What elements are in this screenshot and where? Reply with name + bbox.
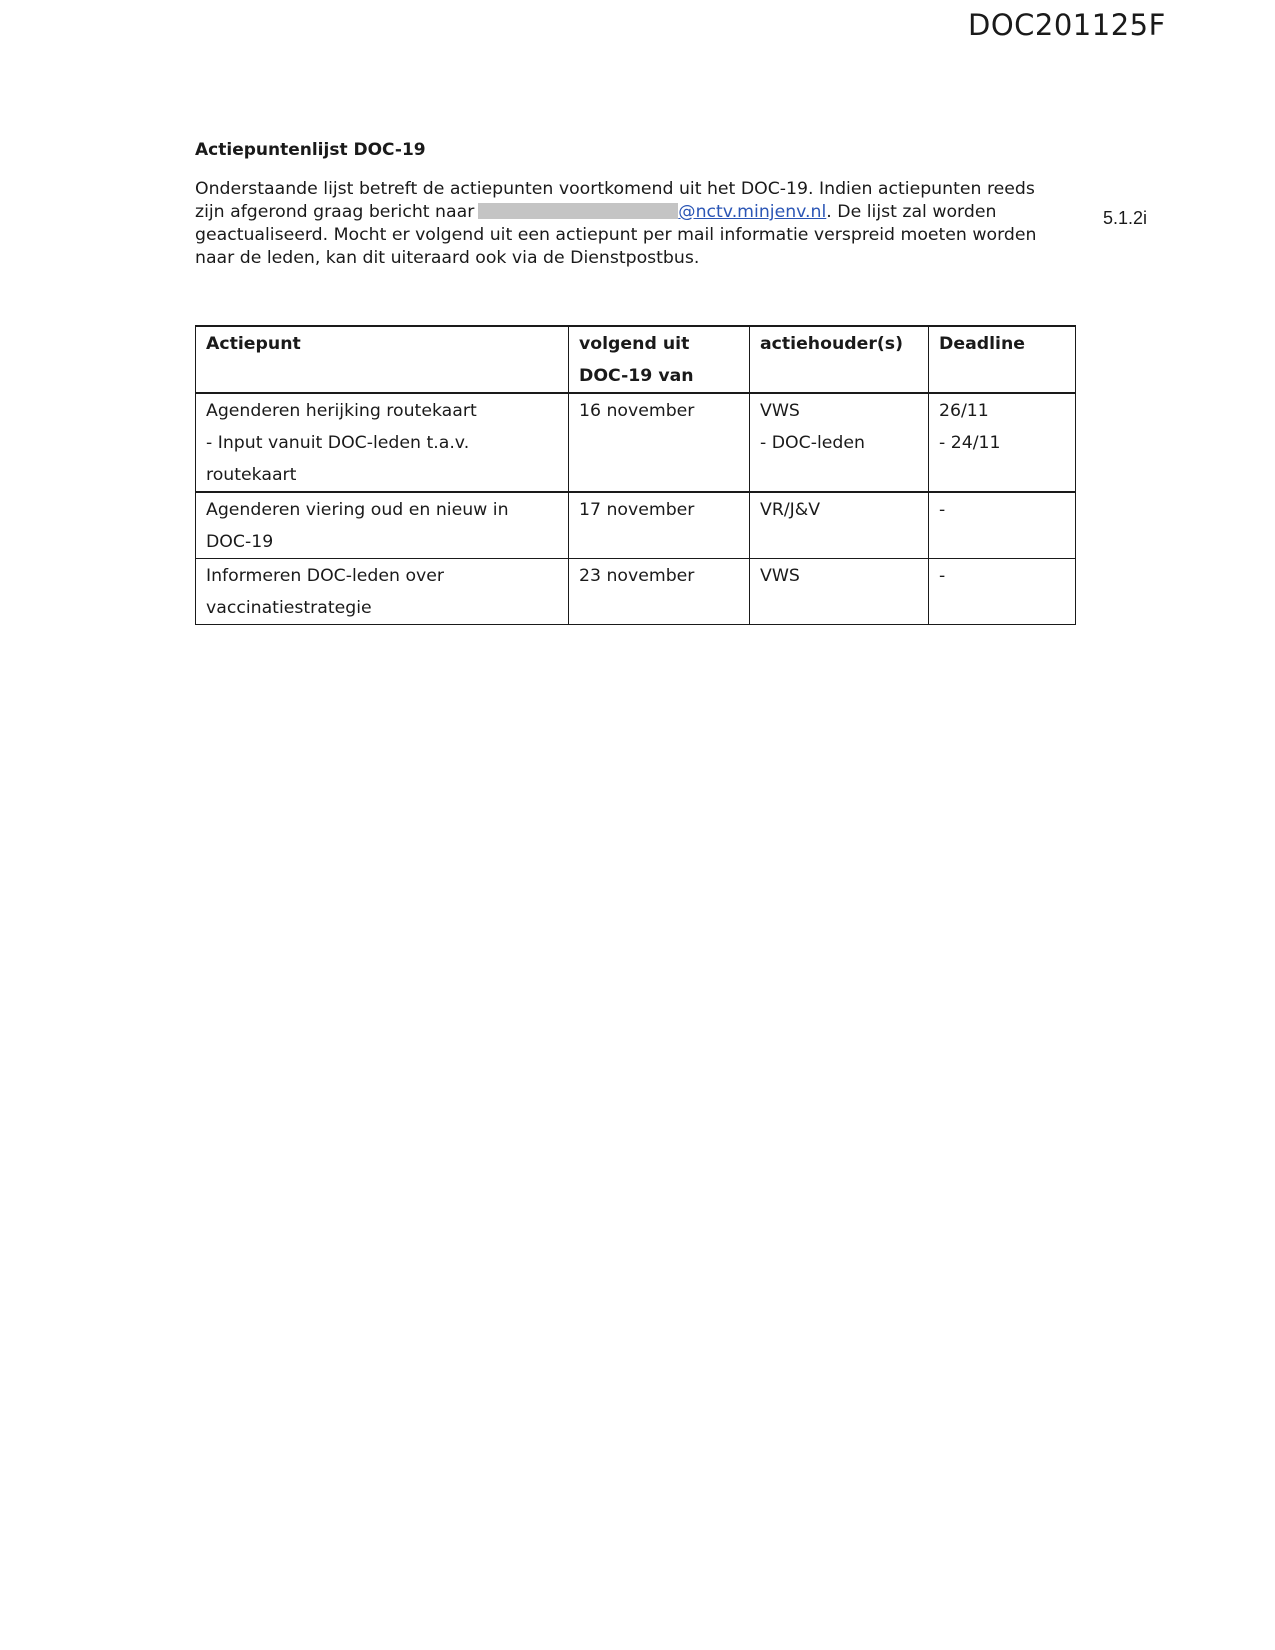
header-actiehouder: actiehouder(s) (750, 326, 929, 393)
cell-volgend: 23 november (569, 559, 750, 625)
cell-volgend: 16 november (569, 393, 750, 492)
header-text: volgend uit (579, 328, 739, 360)
cell-deadline: 26/11 - 24/11 (929, 393, 1076, 492)
cell-deadline: - (929, 559, 1076, 625)
intro-line: zijn afgerond graag bericht naar@nctv.mi… (195, 201, 1075, 224)
cell-actiepunt: Agenderen viering oud en nieuw in DOC-19 (196, 492, 569, 559)
table-row: Agenderen viering oud en nieuw in DOC-19… (196, 492, 1076, 559)
intro-text: . De lijst zal worden (826, 202, 996, 222)
cell-actiehouder: VWS - DOC-leden (750, 393, 929, 492)
cell-text: 26/11 (939, 395, 1065, 427)
cell-text: DOC-19 (206, 526, 558, 558)
table-row: Agenderen herijking routekaart - Input v… (196, 393, 1076, 492)
table-row: Informeren DOC-leden over vaccinatiestra… (196, 559, 1076, 625)
cell-actiepunt: Agenderen herijking routekaart - Input v… (196, 393, 569, 492)
intro-paragraph: Onderstaande lijst betreft de actiepunte… (195, 178, 1075, 270)
redacted-block (478, 203, 678, 219)
header-volgend-uit: volgend uit DOC-19 van (569, 326, 750, 393)
cell-actiehouder: VR/J&V (750, 492, 929, 559)
cell-text: - 24/11 (939, 427, 1065, 459)
cell-text: Informeren DOC-leden over (206, 560, 558, 592)
cell-text: Agenderen viering oud en nieuw in (206, 494, 558, 526)
header-actiepunt: Actiepunt (196, 326, 569, 393)
cell-text: - DOC-leden (760, 427, 918, 459)
header-deadline: Deadline (929, 326, 1076, 393)
intro-text: zijn afgerond graag bericht naar (195, 202, 474, 222)
cell-text: routekaart (206, 459, 558, 491)
cell-text: VWS (760, 395, 918, 427)
cell-text: - Input vanuit DOC-leden t.a.v. (206, 427, 558, 459)
intro-line: geactualiseerd. Mocht er volgend uit een… (195, 224, 1075, 247)
intro-line: Onderstaande lijst betreft de actiepunte… (195, 178, 1075, 201)
header-text: DOC-19 van (579, 360, 739, 392)
cell-text: vaccinatiestrategie (206, 592, 558, 624)
intro-line: naar de leden, kan dit uiteraard ook via… (195, 247, 1075, 270)
document-id: DOC201125F (968, 8, 1166, 42)
table-header-row: Actiepunt volgend uit DOC-19 van actieho… (196, 326, 1076, 393)
cell-deadline: - (929, 492, 1076, 559)
redaction-code: 5.1.2i (1103, 208, 1147, 229)
cell-volgend: 17 november (569, 492, 750, 559)
cell-actiehouder: VWS (750, 559, 929, 625)
email-link[interactable]: @nctv.minjenv.nl (678, 202, 826, 222)
cell-text: Agenderen herijking routekaart (206, 395, 558, 427)
action-items-table: Actiepunt volgend uit DOC-19 van actieho… (195, 325, 1076, 625)
page-title: Actiepuntenlijst DOC-19 (195, 140, 426, 160)
cell-actiepunt: Informeren DOC-leden over vaccinatiestra… (196, 559, 569, 625)
